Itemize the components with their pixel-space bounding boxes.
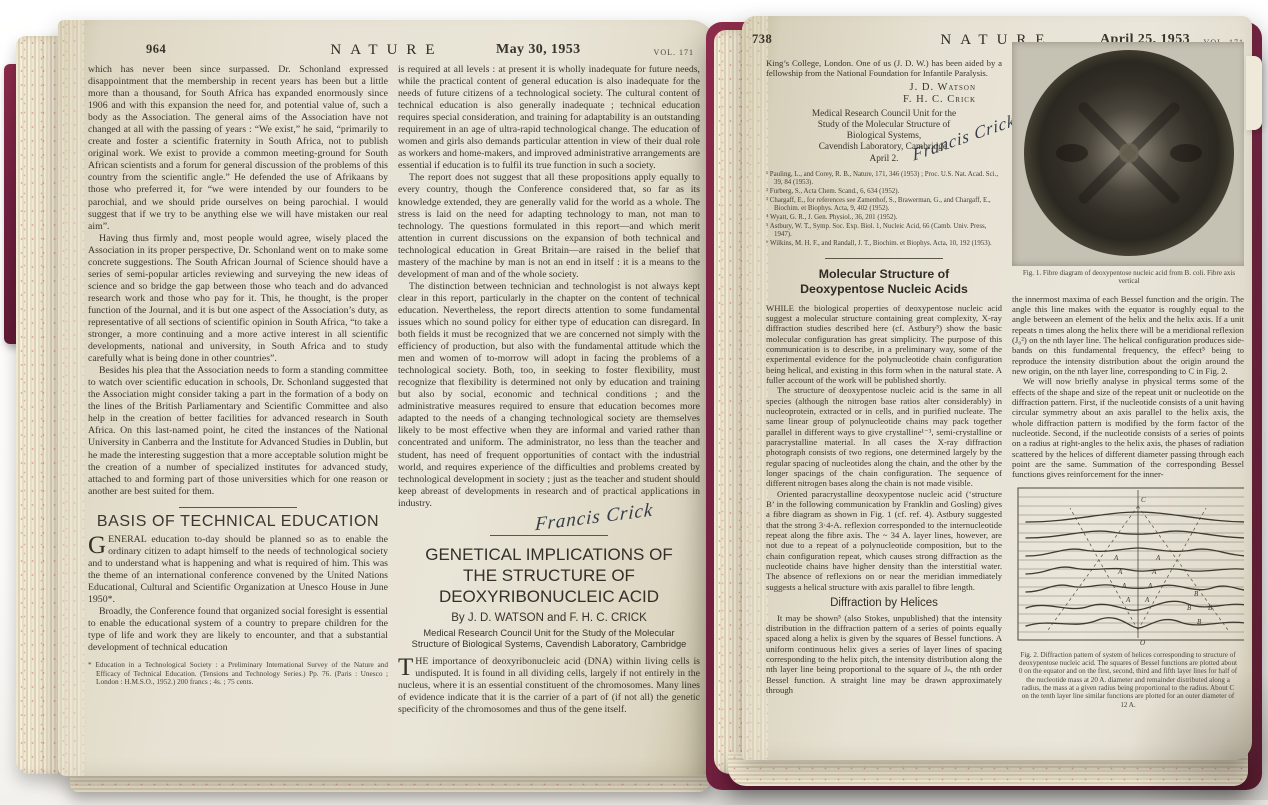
reference: ⁵ Astbury, W. T., Symp. Soc. Exp. Biol. … (766, 223, 1002, 239)
paragraph: WHILE the biological properties of deoxy… (766, 303, 1002, 386)
paragraph: is required at all levels : at present i… (398, 64, 700, 172)
reference: ¹ Pauling, L., and Corey, R. B., Nature,… (766, 171, 1002, 187)
left-page-column-2: is required at all levels : at present i… (398, 64, 700, 764)
svg-text:B: B (1197, 618, 1202, 626)
paragraph: Oriented paracrystalline deoxypentose nu… (766, 489, 1002, 592)
paragraph: The structure of deoxypentose nucleic ac… (766, 385, 1002, 488)
svg-text:B: B (1208, 604, 1213, 612)
left-page-header: 964 NATURE May 30, 1953 VOL. 171 (58, 42, 716, 64)
paragraph: It may be shown⁵ (also Stokes, unpublish… (766, 613, 1002, 696)
right-page-column-2: Fig. 1. Fibre diagram of deoxypentose nu… (1012, 42, 1244, 758)
article-title: Molecular Structure of Deoxypentose Nucl… (776, 267, 992, 297)
section-title: BASIS OF TECHNICAL EDUCATION (88, 516, 388, 528)
helix-x-pattern (1024, 50, 1234, 256)
reference: ⁴ Wyatt, G. R., J. Gen. Physiol., 36, 20… (766, 214, 1002, 222)
photo-of-open-nature-volumes: 964 NATURE May 30, 1953 VOL. 171 which h… (0, 0, 1268, 805)
paragraph: which has never been since surpassed. Dr… (88, 64, 388, 233)
article-byline: By J. D. WATSON and F. H. C. CRICK (398, 612, 700, 624)
reference-list: ¹ Pauling, L., and Corey, R. B., Nature,… (766, 171, 1002, 249)
drop-cap: T (398, 656, 415, 678)
paragraph: King’s College, London. One of us (J. D.… (766, 58, 1002, 79)
svg-text:C: C (1141, 496, 1146, 504)
paragraph: Besides his plea that the Association ne… (88, 365, 388, 498)
paragraph: The report does not suggest that all the… (398, 172, 700, 280)
paragraph: Having thus firmly and, most people woul… (88, 233, 388, 366)
paragraph: The distinction between technician and t… (398, 281, 700, 510)
drop-cap: G (88, 534, 108, 556)
article-title: GENETICAL IMPLICATIONS OF THE STRUCTURE … (412, 544, 686, 607)
article-affiliation: Medical Research Council Unit for the St… (406, 628, 692, 650)
affiliation-line: Medical Research Council Unit for the (766, 109, 1002, 120)
right-book-page-flap (1246, 56, 1262, 130)
journal-title: NATURE (58, 42, 716, 59)
left-page-gutter-texture (58, 20, 84, 776)
svg-text:O: O (1140, 639, 1145, 647)
lead-paragraph: GENERAL education to-day should be plann… (88, 534, 388, 606)
right-page-gutter-texture (742, 16, 768, 760)
signature-watson: J. D. Watson (766, 82, 976, 95)
footnote: * Education in a Technological Society :… (88, 661, 388, 686)
paragraph: We will now briefly analyse in physical … (1012, 376, 1244, 479)
author-signatures: J. D. Watson F. H. C. Crick (766, 82, 1002, 107)
svg-text:A: A (1117, 568, 1123, 576)
svg-text:B: B (1187, 604, 1192, 612)
article-divider (825, 258, 943, 259)
xray-diffraction-photo (1012, 42, 1244, 266)
reference: ² Furberg, S., Acta Chem. Scand., 6, 634… (766, 188, 1002, 196)
affiliation-line: April 2. (766, 154, 1002, 165)
volume-label: VOL. 171 (654, 48, 694, 57)
svg-text:A: A (1155, 554, 1161, 562)
svg-text:A: A (1113, 554, 1119, 562)
left-page-column-1: which has never been since surpassed. Dr… (88, 64, 388, 764)
figure-1-caption: Fig. 1. Fibre diagram of deoxypentose nu… (1018, 269, 1240, 286)
signature-crick: F. H. C. Crick (766, 94, 976, 107)
section-divider (179, 507, 297, 508)
lead-text: HE importance of deoxyribonucleic acid (… (398, 656, 700, 715)
reference: ⁶ Wilkins, M. H. F., and Randall, J. T.,… (766, 240, 1002, 248)
reference: ³ Chargaff, E., for references see Zamen… (766, 197, 1002, 213)
lead-paragraph: THE importance of deoxyribonucleic acid … (398, 656, 700, 716)
paragraph: Broadly, the Conference found that organ… (88, 606, 388, 654)
svg-text:A: A (1151, 568, 1157, 576)
svg-text:A: A (1147, 582, 1153, 590)
svg-text:A: A (1125, 596, 1131, 604)
figure-1: Fig. 1. Fibre diagram of deoxypentose nu… (1012, 42, 1244, 286)
page-curl-shadow (1120, 660, 1268, 800)
issue-date: May 30, 1953 (496, 42, 581, 58)
svg-text:A: A (1144, 596, 1150, 604)
left-page: 964 NATURE May 30, 1953 VOL. 171 which h… (58, 20, 716, 776)
svg-text:B: B (1194, 590, 1199, 598)
svg-text:A: A (1121, 582, 1127, 590)
right-page-column-1: King’s College, London. One of us (J. D.… (766, 58, 1002, 754)
paragraph: the innermost maxima of each Bessel func… (1012, 294, 1244, 377)
lead-text: ENERAL education to-day should be planne… (88, 534, 388, 605)
section-subheading: Diffraction by Helices (766, 598, 1002, 608)
right-page: 738 NATURE April 25, 1953 VOL. 171 King’… (742, 16, 1252, 760)
figure-2-bessel-diagram: C A A A A A A A A B B B B O (1012, 482, 1244, 648)
